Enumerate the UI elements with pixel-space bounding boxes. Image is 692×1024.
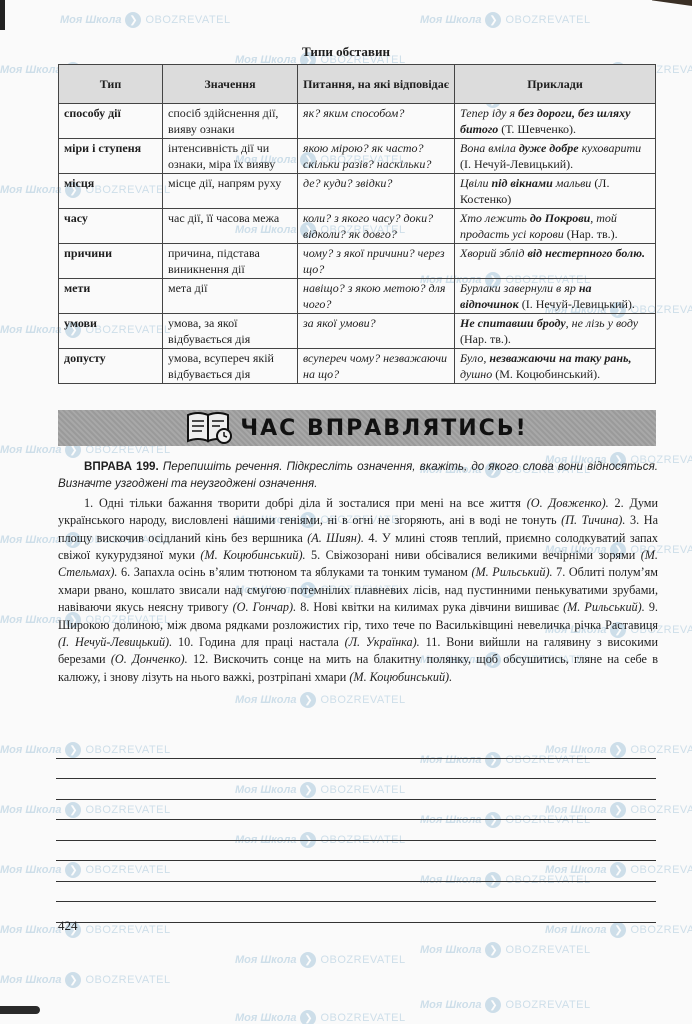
watermark-school: Моя Школа <box>0 324 61 336</box>
sentence-author: (І. Нечуй-Левицький). <box>58 635 172 649</box>
column-header-examples: Приклади <box>455 65 656 104</box>
cell-meaning: умова, за якої відбувається дія <box>163 314 298 349</box>
watermark-brand: OBOZREVATEL <box>145 14 230 26</box>
exercise-199: ВПРАВА 199. Перепишіть речення. Підкресл… <box>58 458 658 686</box>
writing-line[interactable] <box>56 902 656 923</box>
cell-questions: за якої умови? <box>298 314 455 349</box>
circumstances-table: Тип Значення Питання, на які відповідає … <box>58 64 656 384</box>
watermark-school: Моя Школа <box>0 864 61 876</box>
example-post: куховарити <box>579 141 642 155</box>
example-post: мальви <box>553 176 592 190</box>
column-header-questions: Питання, на які відповідає <box>298 65 455 104</box>
cell-example: Хто лежить до Покрови, той продасть усі … <box>455 209 656 244</box>
example-bold: від нестерпного болю. <box>527 246 645 260</box>
watermark-brand: OBOZREVATEL <box>630 924 692 936</box>
sentence-text: 1. Одні тільки бажання творити добрі діл… <box>84 496 527 510</box>
cell-questions: чому? з якої причини? через що? <box>298 244 455 279</box>
watermark: Моя Школа❯OBOZREVATEL <box>0 972 171 988</box>
cell-type: місця <box>59 174 163 209</box>
table-row: часучас дії, її часова межаколи? з якого… <box>59 209 656 244</box>
cell-meaning: причина, підстава виникнення дії <box>163 244 298 279</box>
cell-type: допусту <box>59 349 163 384</box>
table-row: місцямісце дії, напрям рухуде? куди? зві… <box>59 174 656 209</box>
watermark-school: Моя Школа <box>420 944 481 956</box>
cell-example: Цвіли під вікнами мальви (Л. Костенко) <box>455 174 656 209</box>
watermark-school: Моя Школа <box>60 14 121 26</box>
writing-line[interactable] <box>56 738 656 759</box>
watermark: Моя Школа❯OBOZREVATEL <box>0 922 171 938</box>
example-bold: до Покрови <box>530 211 590 225</box>
watermark-school: Моя Школа <box>545 924 606 936</box>
watermark-brand: OBOZREVATEL <box>320 694 405 706</box>
writing-line[interactable] <box>56 800 656 821</box>
watermark: Моя Школа❯OBOZREVATEL <box>235 952 406 968</box>
sentence-text: 5. Свіжозорані ниви обсівалися великими … <box>306 548 641 562</box>
page-corner-shadow <box>0 1006 40 1014</box>
watermark-school: Моя Школа <box>0 64 61 76</box>
exercise-banner: ЧАС ВПРАВЛЯТИСЬ! <box>58 410 656 446</box>
sentence-author: (П. Тичина). <box>561 513 625 527</box>
writing-line[interactable] <box>56 861 656 882</box>
cell-type: причини <box>59 244 163 279</box>
cell-example: Бурлаки завернули в яр на відпочинок (І.… <box>455 279 656 314</box>
example-pre: Було, <box>460 351 489 365</box>
cell-type: умови <box>59 314 163 349</box>
column-header-type: Тип <box>59 65 163 104</box>
example-pre: Цвіли <box>460 176 491 190</box>
watermark-logo-icon: ❯ <box>485 997 501 1013</box>
table-row: метимета діїнавіщо? з якою метою? для чо… <box>59 279 656 314</box>
table-title: Типи обставин <box>0 44 692 60</box>
watermark-logo-icon: ❯ <box>300 1010 316 1024</box>
writing-line[interactable] <box>56 759 656 780</box>
example-pre: Бурлаки завернули в яр <box>460 281 579 295</box>
cell-meaning: час дії, її часова межа <box>163 209 298 244</box>
watermark: Моя Школа❯OBOZREVATEL <box>545 922 692 938</box>
watermark-brand: OBOZREVATEL <box>505 944 590 956</box>
watermark-school: Моя Школа <box>0 974 61 986</box>
cell-questions: коли? з якого часу? доки? відколи? як до… <box>298 209 455 244</box>
page-edge-shadow <box>0 0 5 30</box>
watermark-school: Моя Школа <box>0 614 61 626</box>
cell-type: мети <box>59 279 163 314</box>
example-source: (Нар. тв.). <box>564 227 618 241</box>
table-row: міри і ступеняінтенсивність дії чи ознак… <box>59 139 656 174</box>
example-pre: Тепер іду я <box>460 106 518 120</box>
table-header-row: Тип Значення Питання, на які відповідає … <box>59 65 656 104</box>
sentence-author: (О. Довженко). <box>527 496 609 510</box>
example-source: (І. Нечуй-Левицький). <box>519 297 635 311</box>
example-bold: Не спитавши броду <box>460 316 566 330</box>
cell-questions: як? яким способом? <box>298 104 455 139</box>
example-pre: Хворий зблід <box>460 246 527 260</box>
cell-example: Було, незважаючи на таку рань, душно (М.… <box>455 349 656 384</box>
watermark-logo-icon: ❯ <box>610 922 626 938</box>
watermark: Моя Школа❯OBOZREVATEL <box>420 12 591 28</box>
table-row: умовиумова, за якої відбувається діяза я… <box>59 314 656 349</box>
table-row: способу діїспосіб здійснення дії, вияву … <box>59 104 656 139</box>
example-bold: дуже добре <box>519 141 579 155</box>
watermark-school: Моя Школа <box>235 694 296 706</box>
watermark-school: Моя Школа <box>0 924 61 936</box>
writing-line[interactable] <box>56 882 656 903</box>
cell-meaning: спосіб здійснення дії, вияву ознаки <box>163 104 298 139</box>
watermark-school: Моя Школа <box>235 954 296 966</box>
example-post: душно <box>460 367 492 381</box>
watermark-brand: OBOZREVATEL <box>505 999 590 1011</box>
writing-lines <box>56 738 656 923</box>
watermark-logo-icon: ❯ <box>125 12 141 28</box>
cell-meaning: мета дії <box>163 279 298 314</box>
writing-line[interactable] <box>56 841 656 862</box>
cell-questions: навіщо? з якою метою? для чого? <box>298 279 455 314</box>
sentence-text: 10. Година для праці настала <box>172 635 345 649</box>
watermark-logo-icon: ❯ <box>300 692 316 708</box>
watermark: Моя Школа❯OBOZREVATEL <box>235 1010 406 1024</box>
cell-example: Не спитавши броду, не лізь у воду (Нар. … <box>455 314 656 349</box>
page-corner-shadow <box>652 0 692 6</box>
example-bold: під вікнами <box>491 176 552 190</box>
cell-type: міри і ступеня <box>59 139 163 174</box>
sentence-text: 8. Нові квітки на килимах рука дівчини в… <box>296 600 563 614</box>
watermark-school: Моя Школа <box>0 804 61 816</box>
watermark-school: Моя Школа <box>420 14 481 26</box>
example-pre: Вона вміла <box>460 141 519 155</box>
watermark-school: Моя Школа <box>0 444 61 456</box>
exercise-task: ВПРАВА 199. Перепишіть речення. Підкресл… <box>58 458 658 493</box>
writing-line[interactable] <box>56 820 656 841</box>
watermark-school: Моя Школа <box>0 744 61 756</box>
table-row: причинипричина, підстава виникнення діїч… <box>59 244 656 279</box>
watermark-school: Моя Школа <box>0 184 61 196</box>
example-pre: Хто лежить <box>460 211 530 225</box>
book-clock-icon <box>186 411 234 445</box>
example-post: , не лізь у воду <box>566 316 638 330</box>
exercise-label: ВПРАВА 199. <box>84 460 159 473</box>
banner-title: ЧАС ВПРАВЛЯТИСЬ! <box>240 416 527 441</box>
table-row: допустуумова, всупереч якій відбувається… <box>59 349 656 384</box>
cell-example: Тепер іду я без дороги, без шляху битого… <box>455 104 656 139</box>
cell-example: Вона вміла дуже добре куховарити (І. Неч… <box>455 139 656 174</box>
watermark-logo-icon: ❯ <box>300 952 316 968</box>
watermark-brand: OBOZREVATEL <box>320 1012 405 1024</box>
cell-meaning: інтенсивність дії чи ознаки, міра їх вия… <box>163 139 298 174</box>
watermark-brand: OBOZREVATEL <box>320 954 405 966</box>
example-source: (Т. Шевченко). <box>498 122 576 136</box>
cell-type: часу <box>59 209 163 244</box>
watermark-school: Моя Школа <box>420 999 481 1011</box>
watermark-logo-icon: ❯ <box>65 972 81 988</box>
example-source: (М. Коцюбинський). <box>492 367 600 381</box>
exercise-sentences: 1. Одні тільки бажання творити добрі діл… <box>58 495 658 686</box>
watermark-school: Моя Школа <box>235 1012 296 1024</box>
sentence-author: (М. Рильський). <box>471 565 552 579</box>
sentence-author: (О. Гончар). <box>233 600 297 614</box>
sentence-author: (О. Донченко). <box>111 652 188 666</box>
sentence-author: (М. Коцюбинський). <box>349 670 452 684</box>
writing-line[interactable] <box>56 779 656 800</box>
watermark-brand: OBOZREVATEL <box>85 924 170 936</box>
watermark: Моя Школа❯OBOZREVATEL <box>420 942 591 958</box>
cell-type: способу дії <box>59 104 163 139</box>
sentence-author: (М. Рильський). <box>563 600 645 614</box>
watermark-brand: OBOZREVATEL <box>505 14 590 26</box>
cell-questions: де? куди? звідки? <box>298 174 455 209</box>
cell-meaning: місце дії, напрям руху <box>163 174 298 209</box>
cell-questions: якою мірою? як часто? скільки разів? нас… <box>298 139 455 174</box>
watermark: Моя Школа❯OBOZREVATEL <box>235 692 406 708</box>
column-header-meaning: Значення <box>163 65 298 104</box>
watermark-brand: OBOZREVATEL <box>85 974 170 986</box>
example-bold: незважаючи на таку рань, <box>489 351 631 365</box>
watermark-logo-icon: ❯ <box>485 942 501 958</box>
example-source: (Нар. тв.). <box>460 332 511 346</box>
example-source: (І. Нечуй-Левицький). <box>460 157 573 171</box>
sentence-author: (Л. Українка). <box>345 635 420 649</box>
cell-questions: всупереч чому? незважаючи на що? <box>298 349 455 384</box>
page-number: 424 <box>58 918 78 934</box>
cell-example: Хворий зблід від нестерпного болю. <box>455 244 656 279</box>
watermark: Моя Школа❯OBOZREVATEL <box>60 12 231 28</box>
sentence-author: (А. Шиян). <box>307 531 364 545</box>
cell-meaning: умова, всупереч якій відбувається дія <box>163 349 298 384</box>
watermark-school: Моя Школа <box>0 534 61 546</box>
watermark: Моя Школа❯OBOZREVATEL <box>420 997 591 1013</box>
sentence-text: 6. Запахла осінь в’ялим тютюном та яблук… <box>117 565 471 579</box>
sentence-author: (М. Коцюбинський). <box>200 548 305 562</box>
watermark-logo-icon: ❯ <box>485 12 501 28</box>
